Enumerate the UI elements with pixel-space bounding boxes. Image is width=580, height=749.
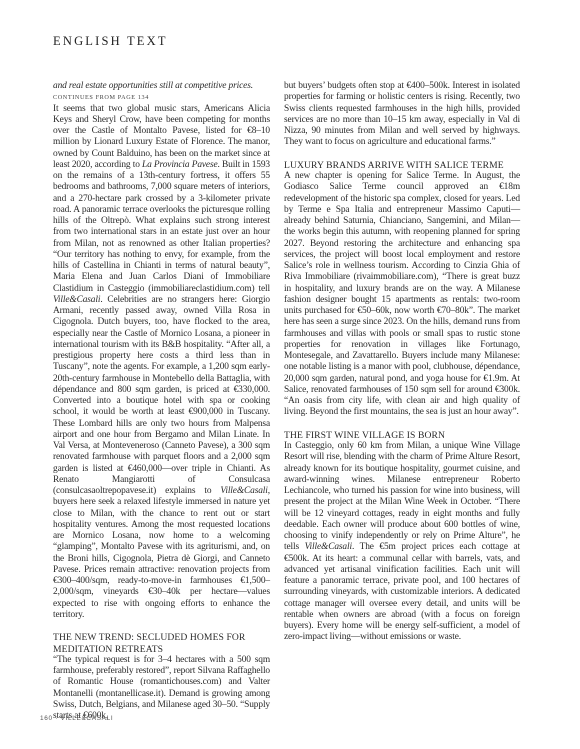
text-run: , buyers here seek a relaxed lifestyle i…: [53, 486, 270, 620]
subheading-wine-village: THE FIRST WINE VILLAGE IS BORN: [284, 430, 520, 441]
page-folio: 160 · VILLE&CASALI: [40, 715, 113, 722]
body-paragraph-2-continued: but buyers’ budgets often stop at €400–5…: [284, 81, 520, 149]
text-run: . The €5m project prices each cottage at…: [284, 542, 520, 642]
section-title: ENGLISH TEXT: [53, 34, 168, 49]
subheading-luxury-brands: LUXURY BRANDS ARRIVE WITH SALICE TERME: [284, 160, 520, 171]
magazine-name: Ville&Casali: [305, 542, 352, 552]
text-run: In Casteggio, only 60 km from Milan, a u…: [284, 441, 520, 552]
text-run: . Built in 1593 on the remains of a 13th…: [53, 160, 270, 294]
left-column: and real estate opportunities still at c…: [53, 81, 270, 722]
lead-sentence: and real estate opportunities still at c…: [53, 81, 270, 92]
body-paragraph-2: “The typical request is for 3–4 hectares…: [53, 655, 270, 723]
body-paragraph-4: In Casteggio, only 60 km from Milan, a u…: [284, 441, 520, 644]
magazine-name: Ville&Casali: [220, 486, 267, 496]
body-paragraph-1: It seems that two global music stars, Am…: [53, 104, 270, 622]
text-run: . Celebrities are no strangers here: Gio…: [53, 295, 270, 496]
body-paragraph-3: A new chapter is opening for Salice Term…: [284, 171, 520, 419]
publication-name: La Provincia Pavese: [142, 160, 218, 170]
right-column: but buyers’ budgets often stop at €400–5…: [284, 81, 520, 644]
subheading-new-trend: THE NEW TREND: SECLUDED HOMES FOR MEDITA…: [53, 632, 270, 655]
continues-from-label: CONTINUES FROM PAGE 134: [53, 92, 270, 103]
magazine-name: Ville&Casali: [53, 295, 100, 305]
